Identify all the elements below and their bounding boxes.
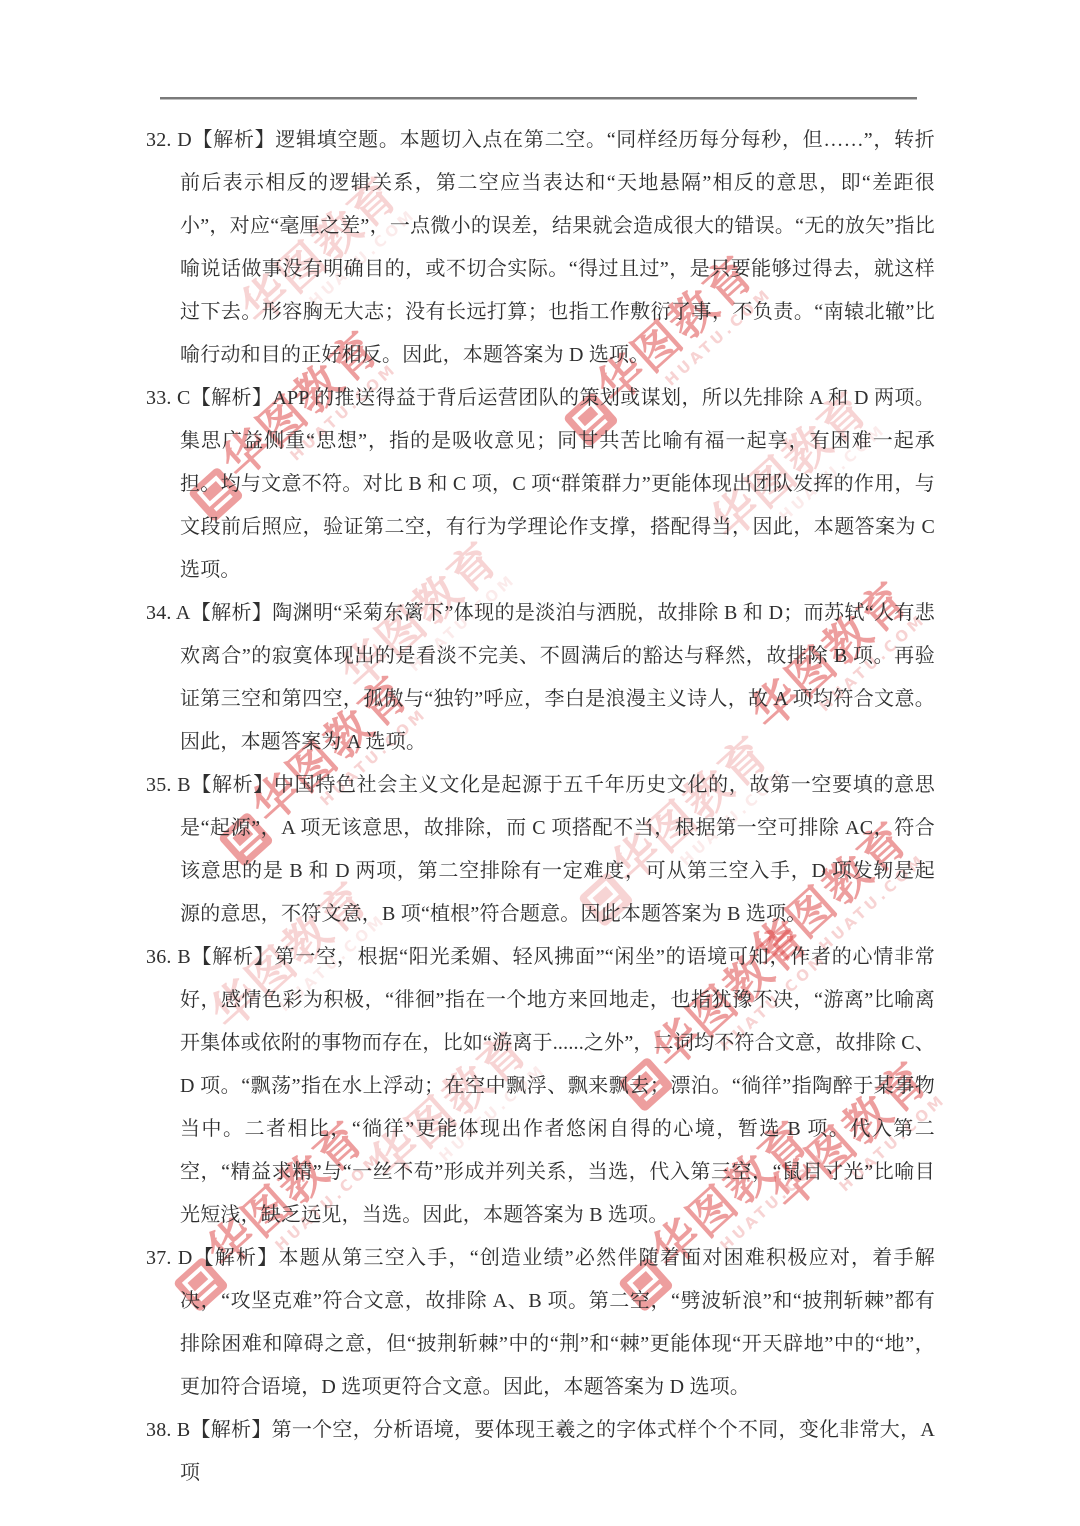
- item-number-answer: 36. B: [146, 946, 191, 968]
- explanation-item-38: 38. B【解析】第一个空，分析语境，要体现王羲之的字体式样个个不同，变化非常大…: [146, 1409, 935, 1495]
- item-explanation-text: 【解析】APP 的推送得益于背后运营团队的策划或谋划，所以先排除 A 和 D 两…: [180, 387, 935, 581]
- explanation-item-33: 33. C【解析】APP 的推送得益于背后运营团队的策划或谋划，所以先排除 A …: [146, 377, 935, 592]
- item-explanation-text: 【解析】第一个空，分析语境，要体现王羲之的字体式样个个不同，变化非常大，A 项: [180, 1419, 935, 1484]
- explanation-item-34: 34. A【解析】陶渊明“采菊东篱下”体现的是淡泊与洒脱，故排除 B 和 D；而…: [146, 592, 935, 764]
- item-number-answer: 34. A: [146, 602, 191, 624]
- answer-explanation-page: 华图教育HUATU.COM 华图教育HUATU.COM 华图教育HUATU.CO…: [0, 0, 1080, 1526]
- explanation-item-35: 35. B【解析】中国特色社会主义文化是起源于五千年历史文化的，故第一空要填的意…: [146, 764, 935, 936]
- explanation-item-32: 32. D【解析】逻辑填空题。本题切入点在第二空。“同样经历每分每秒，但……”，…: [146, 119, 935, 377]
- item-explanation-text: 【解析】逻辑填空题。本题切入点在第二空。“同样经历每分每秒，但……”，转折前后表…: [180, 129, 935, 366]
- explanations-list: 32. D【解析】逻辑填空题。本题切入点在第二空。“同样经历每分每秒，但……”，…: [146, 119, 935, 1495]
- item-explanation-text: 【解析】陶渊明“采菊东篱下”体现的是淡泊与洒脱，故排除 B 和 D；而苏轼“人有…: [180, 602, 935, 753]
- item-number-answer: 33. C: [146, 387, 191, 409]
- item-number-answer: 32. D: [146, 129, 192, 151]
- item-explanation-text: 【解析】本题从第三空入手，“创造业绩”必然伴随着面对困难积极应对，着手解决，“攻…: [180, 1247, 935, 1398]
- item-number-answer: 35. B: [146, 774, 191, 796]
- top-divider: [160, 97, 917, 99]
- item-number-answer: 37. D: [146, 1247, 193, 1269]
- explanation-item-36: 36. B【解析】第一空，根据“阳光柔媚、轻风拂面”“闲坐”的语境可知，作者的心…: [146, 936, 935, 1237]
- item-explanation-text: 【解析】中国特色社会主义文化是起源于五千年历史文化的，故第一空要填的意思是“起源…: [180, 774, 935, 925]
- explanation-item-37: 37. D【解析】本题从第三空入手，“创造业绩”必然伴随着面对困难积极应对，着手…: [146, 1237, 935, 1409]
- item-explanation-text: 【解析】第一空，根据“阳光柔媚、轻风拂面”“闲坐”的语境可知，作者的心情非常好，…: [180, 946, 935, 1226]
- item-number-answer: 38. B: [146, 1419, 190, 1441]
